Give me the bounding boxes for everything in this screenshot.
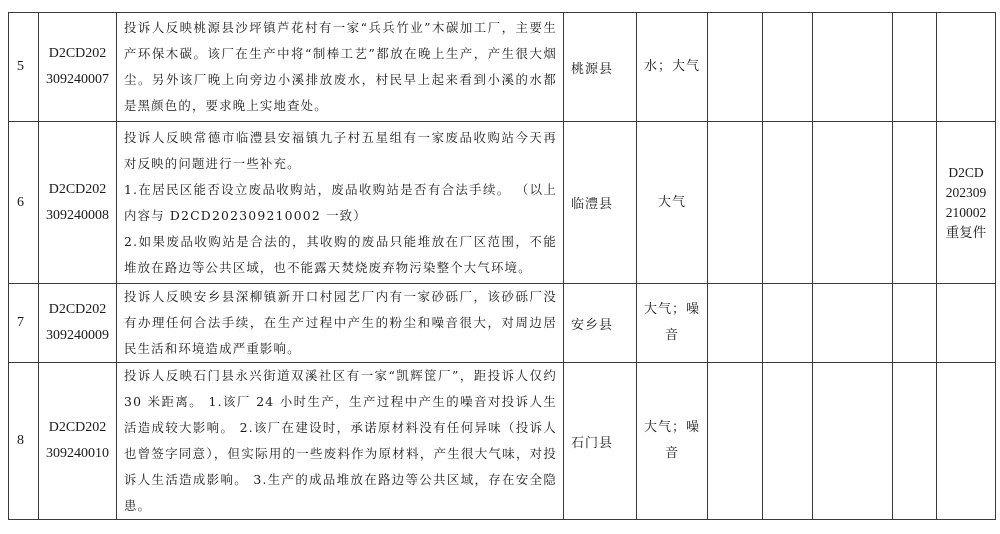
county: 桃源县	[564, 13, 637, 122]
empty-cell	[708, 284, 763, 363]
empty-cell	[813, 13, 893, 122]
remark-line: 210002	[937, 203, 995, 223]
remark-cell	[937, 13, 996, 122]
case-id: D2CD202 309240007	[39, 13, 117, 122]
empty-cell	[763, 122, 813, 284]
pollution-type: 水；大气	[637, 13, 708, 122]
empty-cell	[813, 122, 893, 284]
description-paragraph: 投诉人反映桃源县沙坪镇芦花村有一家“兵兵竹业”木碳加工厂，主要生产环保木碳。该厂…	[124, 15, 557, 119]
case-id-part1: D2CD202	[39, 415, 116, 441]
pollution-type: 大气；噪音	[637, 363, 708, 520]
case-id-part2: 309240009	[39, 323, 116, 349]
case-id-part2: 309240010	[39, 441, 116, 467]
case-id: D2CD202 309240009	[39, 284, 117, 363]
description-paragraph: 投诉人反映安乡县深柳镇新开口村园艺厂内有一家砂砾厂，该砂砾厂没有办理任何合法手续…	[124, 284, 557, 362]
remark-cell: D2CD 202309 210002 重复件	[937, 122, 996, 284]
complaint-description: 投诉人反映常德市临澧县安福镇九子村五星组有一家废品收购站今天再对反映的问题进行一…	[117, 122, 564, 284]
case-id-part1: D2CD202	[39, 41, 116, 67]
empty-cell	[708, 122, 763, 284]
empty-cell	[813, 363, 893, 520]
row-number: 8	[9, 363, 39, 520]
empty-cell	[893, 122, 937, 284]
description-paragraph: 投诉人反映石门县永兴街道双溪社区有一家“凯辉筐厂”，距投诉人仅约30 米距离。 …	[124, 363, 557, 519]
complaint-description: 投诉人反映石门县永兴街道双溪社区有一家“凯辉筐厂”，距投诉人仅约30 米距离。 …	[117, 363, 564, 520]
complaint-table: 5 D2CD202 309240007 投诉人反映桃源县沙坪镇芦花村有一家“兵兵…	[8, 12, 996, 520]
case-id-part2: 309240007	[39, 67, 116, 93]
case-id-part2: 309240008	[39, 203, 116, 229]
description-paragraph: 2.如果废品收购站是合法的，其收购的废品只能堆放在厂区范围，不能堆放在路边等公共…	[124, 229, 557, 281]
empty-cell	[893, 284, 937, 363]
complaint-description: 投诉人反映桃源县沙坪镇芦花村有一家“兵兵竹业”木碳加工厂，主要生产环保木碳。该厂…	[117, 13, 564, 122]
table-row: 5 D2CD202 309240007 投诉人反映桃源县沙坪镇芦花村有一家“兵兵…	[9, 13, 996, 122]
county: 临澧县	[564, 122, 637, 284]
case-id: D2CD202 309240010	[39, 363, 117, 520]
county: 安乡县	[564, 284, 637, 363]
empty-cell	[893, 363, 937, 520]
empty-cell	[763, 13, 813, 122]
empty-cell	[813, 284, 893, 363]
row-number: 6	[9, 122, 39, 284]
table-row: 7 D2CD202 309240009 投诉人反映安乡县深柳镇新开口村园艺厂内有…	[9, 284, 996, 363]
remark-cell	[937, 363, 996, 520]
case-id-part1: D2CD202	[39, 177, 116, 203]
table-row: 6 D2CD202 309240008 投诉人反映常德市临澧县安福镇九子村五星组…	[9, 122, 996, 284]
empty-cell	[893, 13, 937, 122]
empty-cell	[708, 363, 763, 520]
remark-line: 重复件	[937, 223, 995, 243]
empty-cell	[763, 363, 813, 520]
remark-cell	[937, 284, 996, 363]
case-id: D2CD202 309240008	[39, 122, 117, 284]
remark-line: 202309	[937, 183, 995, 203]
empty-cell	[708, 13, 763, 122]
row-number: 5	[9, 13, 39, 122]
county: 石门县	[564, 363, 637, 520]
table-row: 8 D2CD202 309240010 投诉人反映石门县永兴街道双溪社区有一家“…	[9, 363, 996, 520]
case-id-part1: D2CD202	[39, 297, 116, 323]
row-number: 7	[9, 284, 39, 363]
pollution-type: 大气；噪音	[637, 284, 708, 363]
remark-line: D2CD	[937, 163, 995, 183]
empty-cell	[763, 284, 813, 363]
complaint-description: 投诉人反映安乡县深柳镇新开口村园艺厂内有一家砂砾厂，该砂砾厂没有办理任何合法手续…	[117, 284, 564, 363]
pollution-type: 大气	[637, 122, 708, 284]
description-paragraph: 1.在居民区能否设立废品收购站，废品收购站是否有合法手续。 （以上内容与 D2C…	[124, 177, 557, 229]
description-paragraph: 投诉人反映常德市临澧县安福镇九子村五星组有一家废品收购站今天再对反映的问题进行一…	[124, 125, 557, 177]
